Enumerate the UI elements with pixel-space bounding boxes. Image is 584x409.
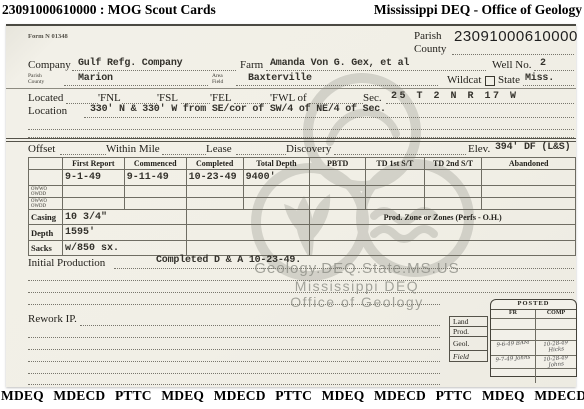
area-field-fill-line bbox=[236, 85, 438, 86]
discovery-label: Discovery bbox=[286, 143, 331, 155]
watermark-office: Office of Geology bbox=[242, 294, 472, 310]
table-row-dates: 9-1-49 9-11-49 10-23-49 9400' bbox=[29, 170, 576, 186]
table-header-row: First Report Commenced Completed Total D… bbox=[29, 158, 576, 170]
rework-ip-label: Rework IP. bbox=[28, 313, 77, 325]
state-value: Miss. bbox=[525, 73, 554, 84]
table-row-owwo-2: OWWOOWDD bbox=[29, 198, 576, 210]
posted-table: POSTED FR COMP 9-6-49 BAM 10-28-49 Hicks… bbox=[490, 299, 577, 377]
col-td-1st: TD 1st S/T bbox=[366, 158, 425, 170]
wildcat-checkbox bbox=[485, 76, 495, 86]
sec-twn-rng-value: 25 T 2 N R 17 W bbox=[391, 91, 519, 102]
initial-production-value: Completed D & A 10-23-49. bbox=[156, 255, 301, 266]
state-fill-line bbox=[523, 85, 574, 86]
blank-line bbox=[28, 129, 574, 130]
handwritten-entry: 9-7-49 Johns bbox=[491, 356, 535, 364]
well-data-table: First Report Commenced Completed Total D… bbox=[28, 157, 576, 256]
col-completed: Completed bbox=[186, 158, 243, 170]
county-fill-line bbox=[452, 54, 574, 55]
handwritten-entry: 10-28-49 Johns bbox=[536, 356, 576, 368]
company-fill-line bbox=[72, 70, 236, 71]
location-fill-line bbox=[84, 117, 574, 118]
initial-production-fill-line bbox=[114, 268, 574, 269]
well-no-fill-line bbox=[534, 70, 574, 71]
posted-title: POSTED bbox=[491, 300, 576, 310]
section-divider-1 bbox=[6, 88, 576, 89]
rework-fill-line bbox=[80, 325, 440, 326]
handwritten-entry: 9-6-49 BAM bbox=[491, 341, 535, 349]
sec-fill-line bbox=[386, 103, 574, 104]
scout-card: Geology.DEQ.State.MS.US Mississippi DEQ … bbox=[6, 24, 576, 387]
depth-value: 1595' bbox=[62, 225, 186, 241]
parish-county-label: ParishCounty bbox=[28, 73, 44, 85]
blank-line bbox=[28, 384, 440, 385]
commenced-value: 9-11-49 bbox=[124, 170, 186, 186]
handwritten-entry: 10-28-49 Hicks bbox=[536, 341, 576, 355]
parish-label: Parish bbox=[414, 30, 442, 42]
blank-line bbox=[28, 373, 440, 374]
sacks-value: w/850 sx. bbox=[62, 241, 186, 256]
county-label: County bbox=[414, 43, 446, 55]
form-number: Form N 01348 bbox=[28, 33, 68, 40]
blank-line bbox=[28, 349, 440, 350]
posted-label-column: Land Prod. Geol. Field bbox=[449, 316, 488, 362]
fnl-label: 'FNL bbox=[98, 92, 121, 104]
location-label: Location bbox=[28, 105, 67, 117]
owwo-owdd-label: OWWOOWDD bbox=[29, 198, 63, 210]
col-pbtd: PBTD bbox=[310, 158, 366, 170]
posted-row-field: 9-7-49 Johns 10-28-49 Johns bbox=[491, 356, 576, 369]
col-abandoned: Abandoned bbox=[482, 158, 576, 170]
prod-zone-label: Prod. Zone or Zones (Perfs - O.H.) bbox=[310, 210, 576, 225]
parish-county-value: Marion bbox=[78, 73, 113, 84]
double-rule-bottom bbox=[6, 141, 576, 142]
double-rule-top bbox=[6, 138, 576, 139]
posted-row-label: Land bbox=[449, 316, 488, 326]
casing-label: Casing bbox=[29, 210, 63, 225]
area-field-label: AreaField bbox=[212, 73, 223, 85]
sec-label: Sec. bbox=[363, 92, 382, 104]
col-total-depth: Total Depth bbox=[243, 158, 310, 170]
elevation-value: 394' DF (L&S) bbox=[495, 142, 570, 153]
completed-value: 10-23-49 bbox=[186, 170, 243, 186]
located-label: Located bbox=[28, 92, 63, 104]
blank-line bbox=[28, 292, 574, 293]
wildcat-label: Wildcat bbox=[447, 74, 481, 86]
lease-label: Lease bbox=[206, 143, 232, 155]
col-td-2nd: TD 2nd S/T bbox=[424, 158, 482, 170]
col-blank bbox=[29, 158, 63, 170]
col-commenced: Commenced bbox=[124, 158, 186, 170]
footer-strip: MDEQ MDECD PTTC MDEQ MDECD PTTC MDEQ MDE… bbox=[1, 388, 584, 404]
fwl-label: 'FWL of bbox=[270, 92, 307, 104]
location-value: 330' N & 330' W from SE/cor of SW/4 of N… bbox=[90, 104, 386, 115]
posted-row-label: Field bbox=[449, 350, 488, 362]
blank-line bbox=[28, 337, 440, 338]
posted-col-fr: FR bbox=[491, 310, 536, 318]
offset-label: Offset bbox=[28, 143, 55, 155]
total-depth-value: 9400' bbox=[243, 170, 310, 186]
posted-row-label: Prod. bbox=[449, 326, 488, 336]
first-report-value: 9-1-49 bbox=[62, 170, 124, 186]
parish-number: 23091000610000 bbox=[454, 28, 578, 45]
farm-value: Amanda Von G. Gex, et al bbox=[270, 58, 409, 69]
well-no-label: Well No. bbox=[492, 59, 531, 71]
posted-row-land bbox=[491, 319, 576, 330]
discovery-fill-line bbox=[334, 154, 466, 155]
elevation-label: Elev. bbox=[468, 143, 490, 155]
company-label: Company bbox=[28, 59, 71, 71]
blank-line bbox=[28, 304, 440, 305]
document-viewer-page: 23091000610000 : MOG Scout Cards Mississ… bbox=[0, 0, 584, 409]
posted-col-comp: COMP bbox=[536, 310, 576, 318]
company-value: Gulf Refg. Company bbox=[78, 58, 182, 69]
blank-line bbox=[28, 280, 574, 281]
sacks-label: Sacks bbox=[29, 241, 63, 256]
posted-row-empty bbox=[491, 369, 576, 383]
page-title: 23091000610000 : MOG Scout Cards bbox=[2, 2, 216, 18]
posted-row-geol: 9-6-49 BAM 10-28-49 Hicks bbox=[491, 341, 576, 356]
within-mile-fill-line bbox=[162, 154, 206, 155]
table-row-casing: Casing 10 3/4" Prod. Zone or Zones (Perf… bbox=[29, 210, 576, 225]
table-row-depth: Depth 1595' bbox=[29, 225, 576, 241]
lease-fill-line bbox=[236, 154, 286, 155]
col-first-report: First Report bbox=[62, 158, 124, 170]
area-field-value: Baxterville bbox=[248, 73, 312, 84]
agency-title: Mississippi DEQ - Office of Geology bbox=[374, 2, 582, 18]
table-row-sacks: Sacks w/850 sx. bbox=[29, 241, 576, 256]
parish-county-fill-line bbox=[64, 85, 208, 86]
farm-fill-line bbox=[266, 70, 486, 71]
state-label: State bbox=[498, 74, 520, 86]
initial-production-label: Initial Production bbox=[28, 257, 105, 269]
casing-value: 10 3/4" bbox=[62, 210, 186, 225]
table-row-owwo-1: OWWOOWDD bbox=[29, 186, 576, 198]
well-no-value: 2 bbox=[540, 58, 546, 69]
fsl-label: 'FSL bbox=[157, 92, 178, 104]
depth-label: Depth bbox=[29, 225, 63, 241]
fel-label: 'FEL bbox=[210, 92, 232, 104]
offset-fill-line bbox=[60, 154, 106, 155]
posted-row-label: Geol. bbox=[449, 336, 488, 350]
blank-line bbox=[28, 361, 440, 362]
within-mile-label: Within Mile bbox=[106, 143, 160, 155]
farm-label: Farm bbox=[240, 59, 263, 71]
owwo-owdd-label: OWWOOWDD bbox=[29, 186, 63, 198]
posted-row-prod bbox=[491, 330, 576, 341]
